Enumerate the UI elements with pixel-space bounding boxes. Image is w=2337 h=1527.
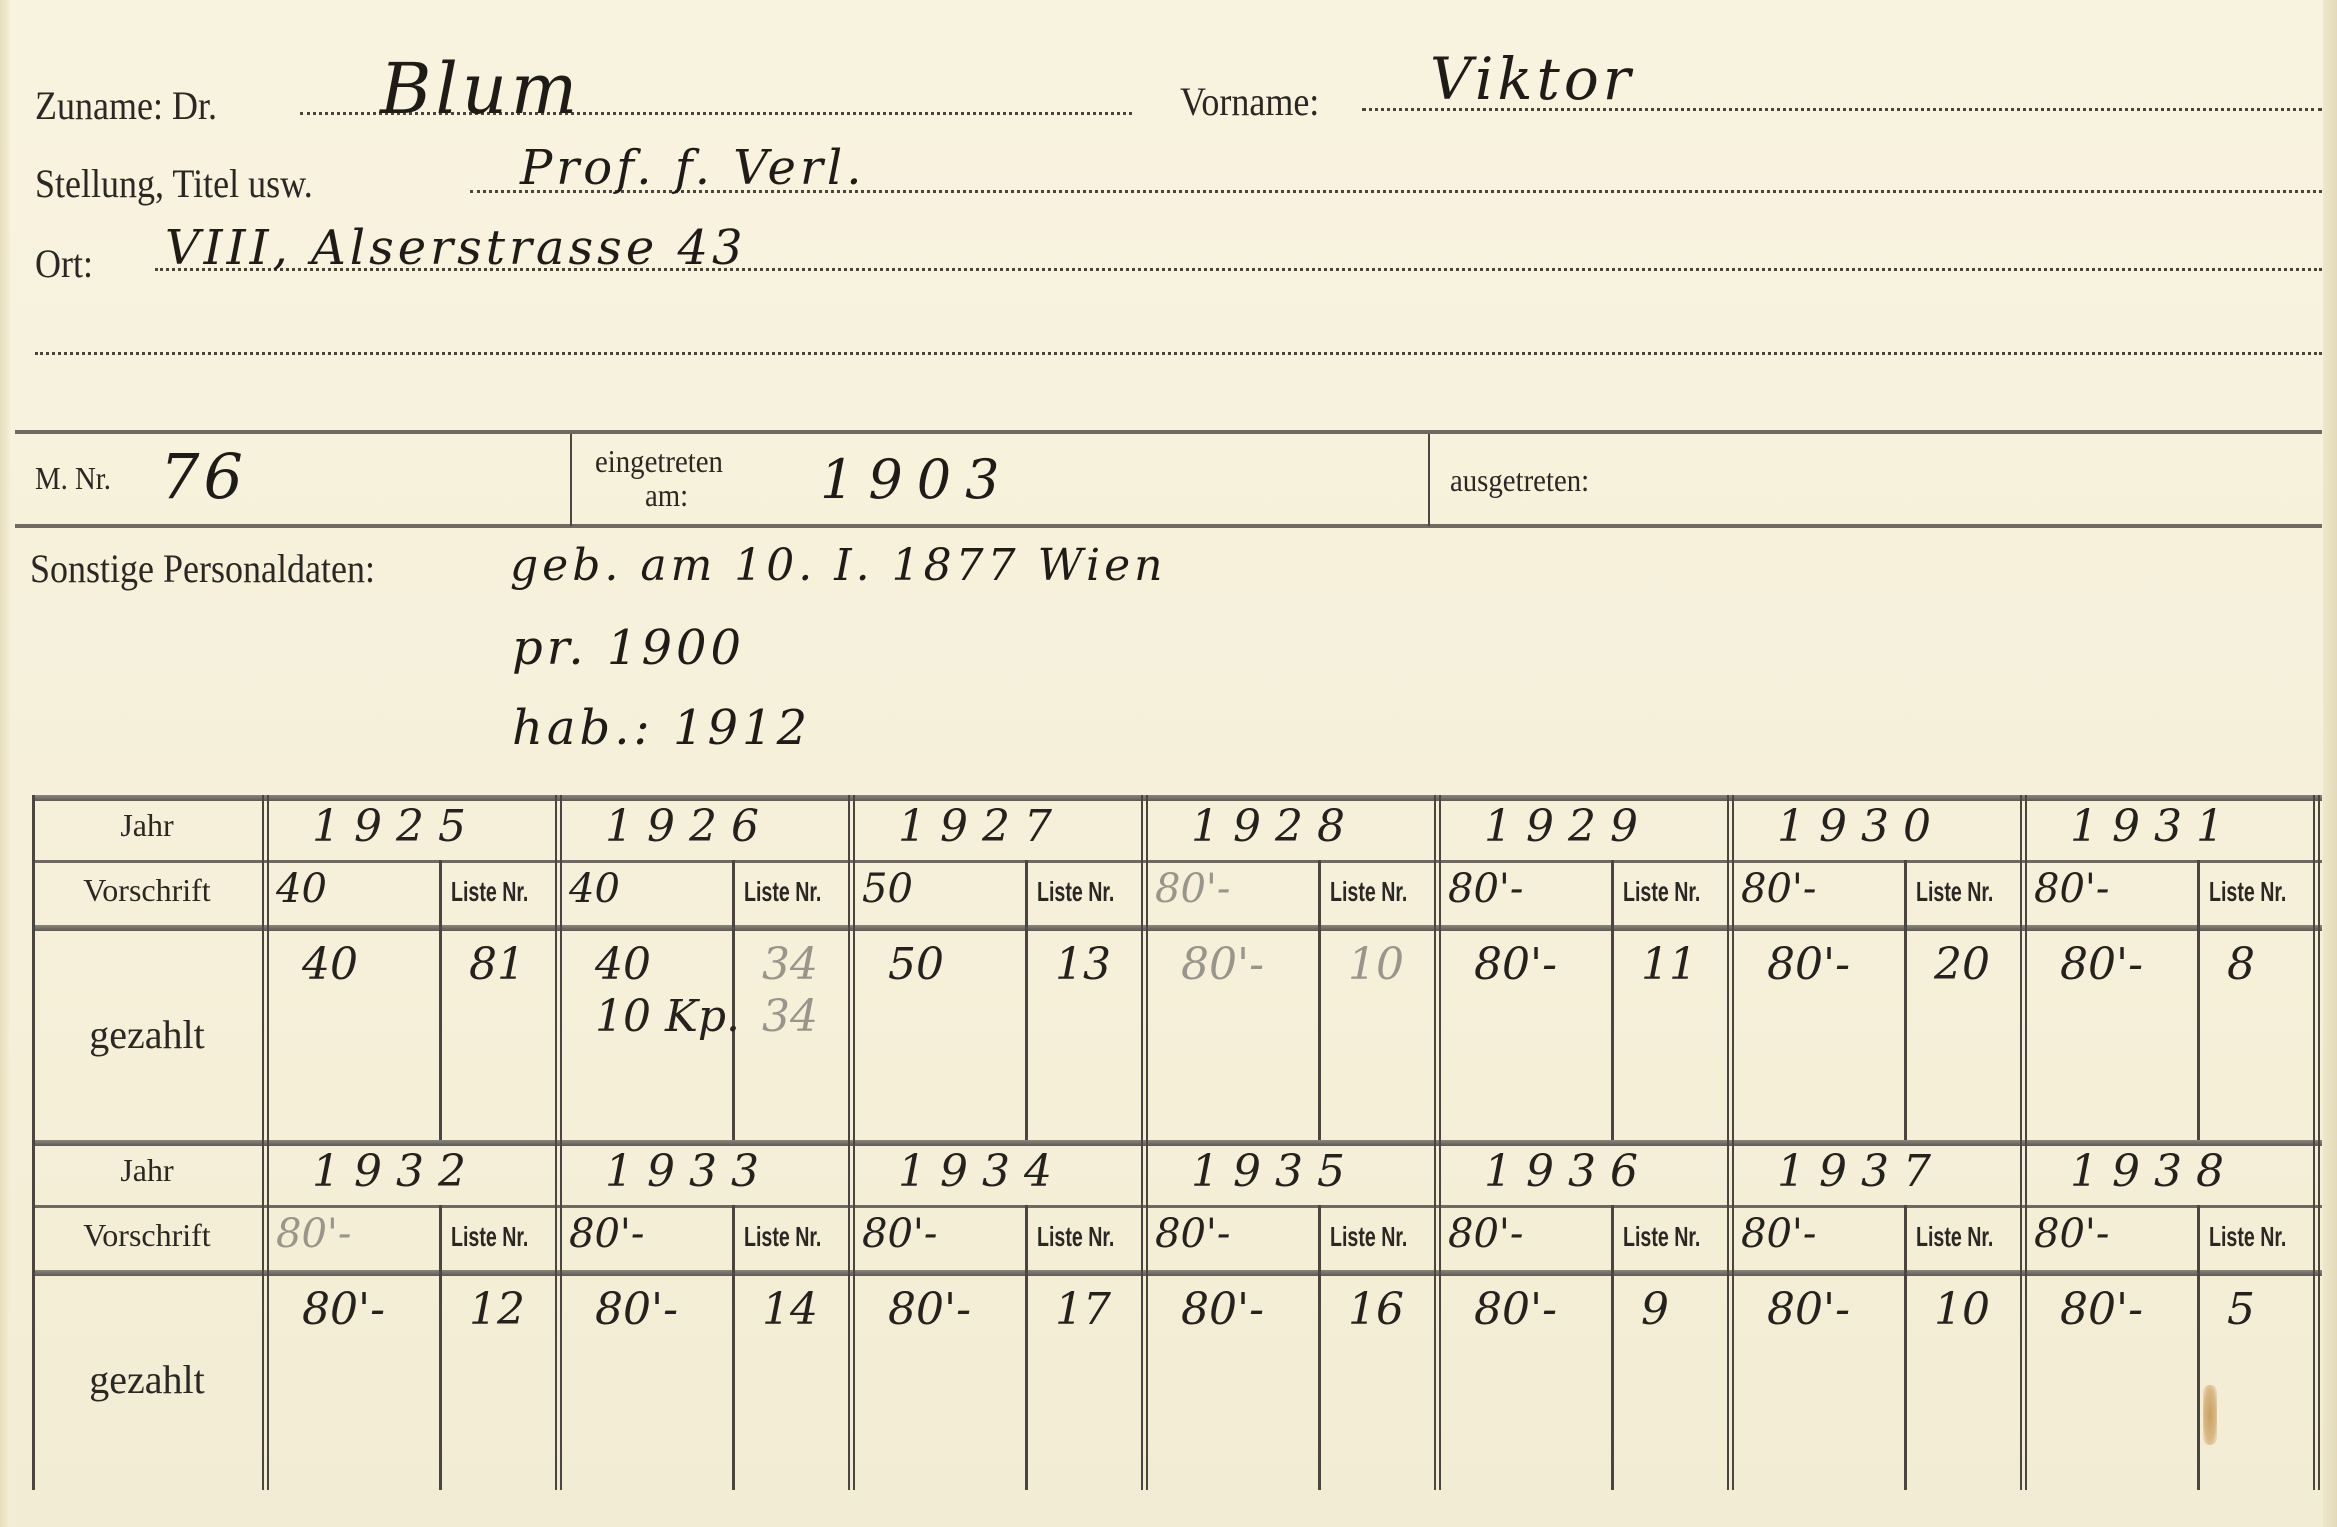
list-no-value: 16 — [1348, 1284, 1404, 1336]
list-no-label: Liste Nr. — [1623, 876, 1700, 908]
year-value: 1932 — [312, 1146, 480, 1197]
firstname-value: Viktor — [1430, 45, 1635, 113]
year-value: 1926 — [605, 801, 773, 852]
year-divider — [1727, 1140, 1734, 1490]
list-no-value: 9 — [1641, 1284, 1669, 1336]
required-amount: 80'- — [1741, 1211, 1816, 1257]
joined-label-am: am: — [645, 477, 688, 514]
required-amount: 80'- — [1155, 1211, 1230, 1257]
sub-divider — [1611, 1205, 1614, 1490]
paid-amount: 80'- — [1474, 1284, 1557, 1336]
list-no-label: Liste Nr. — [2209, 876, 2286, 908]
list-no-value: 5 — [2227, 1284, 2255, 1336]
paid-amount: 80'- — [1181, 939, 1264, 991]
table-rule — [32, 1270, 2322, 1276]
list-no-value: 13 — [1055, 939, 1111, 991]
year-divider — [2313, 795, 2320, 1145]
paid-amount: 80'- — [888, 1284, 971, 1336]
year-divider — [2020, 795, 2027, 1145]
year-value: 1935 — [1191, 1146, 1359, 1197]
paid-amount: 80'- — [302, 1284, 385, 1336]
rule — [15, 430, 2322, 434]
year-divider — [848, 1140, 855, 1490]
table-rule — [32, 1205, 2322, 1208]
sub-divider — [1904, 860, 1907, 1145]
list-no-value: 34 34 — [762, 939, 818, 1043]
surname-label: Zuname: Dr. — [35, 82, 217, 129]
year-divider — [1434, 1140, 1441, 1490]
year-value: 1937 — [1777, 1146, 1945, 1197]
year-divider — [2313, 1140, 2320, 1490]
sub-divider — [732, 1205, 735, 1490]
sub-divider — [1318, 1205, 1321, 1490]
row-label-year: Jahr — [32, 807, 262, 844]
place-value: VIII, Alserstrasse 43 — [165, 220, 747, 276]
year-divider — [1434, 795, 1441, 1145]
list-no-label: Liste Nr. — [1037, 876, 1114, 908]
required-amount: 80'- — [862, 1211, 937, 1257]
year-value: 1938 — [2070, 1146, 2238, 1197]
index-card: Zuname: Dr. Blum Vorname: Viktor Stellun… — [0, 0, 2337, 1527]
list-no-value: 10 — [1348, 939, 1404, 991]
list-no-label: Liste Nr. — [1330, 876, 1407, 908]
sub-divider — [439, 1205, 442, 1490]
table-border — [32, 1140, 35, 1490]
position-value: Prof. f. Verl. — [520, 140, 866, 196]
list-no-label: Liste Nr. — [1037, 1221, 1114, 1253]
paid-amount: 80'- — [595, 1284, 678, 1336]
stain — [2203, 1385, 2217, 1445]
member-no-label: M. Nr. — [35, 460, 111, 497]
card-edge — [0, 0, 10, 1527]
list-no-label: Liste Nr. — [1916, 1221, 1993, 1253]
year-value: 1930 — [1777, 801, 1945, 852]
sub-divider — [439, 860, 442, 1145]
year-value: 1928 — [1191, 801, 1359, 852]
list-no-value: 10 — [1934, 1284, 1990, 1336]
table-border — [32, 795, 35, 1145]
sub-divider — [2197, 1205, 2200, 1490]
paid-amount: 40 — [302, 939, 358, 991]
left-label: ausgetreten: — [1450, 462, 1589, 499]
table-rule — [32, 925, 2322, 931]
position-label: Stellung, Titel usw. — [35, 160, 313, 207]
list-no-value: 12 — [469, 1284, 525, 1336]
member-no-value: 76 — [160, 440, 247, 513]
paid-amount: 80'- — [1181, 1284, 1264, 1336]
sub-divider — [1025, 1205, 1028, 1490]
required-amount: 80'- — [1741, 866, 1816, 912]
list-no-value: 8 — [2227, 939, 2255, 991]
row-label-required: Vorschrift — [32, 872, 262, 909]
paid-amount: 80'- — [2060, 939, 2143, 991]
year-divider — [555, 1140, 562, 1490]
year-value: 1931 — [2070, 801, 2238, 852]
paid-amount: 80'- — [1767, 1284, 1850, 1336]
row-label-paid: gezahlt — [32, 1011, 262, 1058]
year-divider — [1727, 795, 1734, 1145]
dues-table-1932-1938: JahrVorschriftgezahlt193280'-Liste Nr.80… — [32, 1140, 2322, 1495]
dues-table-1925-1931: JahrVorschriftgezahlt192540Liste Nr.4081… — [32, 795, 2322, 1145]
list-no-label: Liste Nr. — [744, 1221, 821, 1253]
row-label-paid: gezahlt — [32, 1356, 262, 1403]
personal-data-line: hab.: 1912 — [512, 700, 811, 756]
sub-divider — [1904, 1205, 1907, 1490]
list-no-label: Liste Nr. — [451, 876, 528, 908]
surname-value: Blum — [380, 48, 581, 130]
required-amount: 80'- — [276, 1211, 351, 1257]
list-no-value: 14 — [762, 1284, 818, 1336]
year-divider — [2020, 1140, 2027, 1490]
paid-amount: 80'- — [1474, 939, 1557, 991]
list-no-value: 81 — [469, 939, 525, 991]
rule — [15, 524, 2322, 528]
paid-amount: 40 10 Kp. — [595, 939, 740, 1043]
year-value: 1929 — [1484, 801, 1652, 852]
required-amount: 80'- — [1155, 866, 1230, 912]
table-rule — [32, 860, 2322, 863]
year-value: 1936 — [1484, 1146, 1652, 1197]
list-no-label: Liste Nr. — [1916, 876, 1993, 908]
list-no-value: 11 — [1641, 939, 1697, 991]
required-amount: 80'- — [2034, 1211, 2109, 1257]
list-no-label: Liste Nr. — [451, 1221, 528, 1253]
row-label-required: Vorschrift — [32, 1217, 262, 1254]
list-no-value: 17 — [1055, 1284, 1111, 1336]
paid-amount: 80'- — [1767, 939, 1850, 991]
year-divider — [262, 795, 269, 1145]
blank-line — [35, 352, 2322, 355]
personal-data-line: pr. 1900 — [512, 620, 745, 676]
divider — [570, 434, 572, 526]
year-value: 1934 — [898, 1146, 1066, 1197]
place-label: Ort: — [35, 240, 93, 287]
year-value: 1925 — [312, 801, 480, 852]
year-divider — [1141, 795, 1148, 1145]
list-no-label: Liste Nr. — [744, 876, 821, 908]
joined-label: eingetreten — [595, 443, 723, 480]
required-amount: 80'- — [2034, 866, 2109, 912]
sub-divider — [1318, 860, 1321, 1145]
sub-divider — [1611, 860, 1614, 1145]
list-no-value: 20 — [1934, 939, 1990, 991]
year-value: 1933 — [605, 1146, 773, 1197]
card-edge — [2323, 0, 2337, 1527]
required-amount: 50 — [862, 866, 913, 912]
year-divider — [262, 1140, 269, 1490]
divider — [1428, 434, 1430, 526]
list-no-label: Liste Nr. — [1623, 1221, 1700, 1253]
list-no-label: Liste Nr. — [2209, 1221, 2286, 1253]
paid-amount: 80'- — [2060, 1284, 2143, 1336]
required-amount: 80'- — [1448, 1211, 1523, 1257]
sub-divider — [2197, 860, 2200, 1145]
year-value: 1927 — [898, 801, 1066, 852]
personal-data-line: geb. am 10. I. 1877 Wien — [510, 540, 1166, 591]
required-amount: 80'- — [1448, 866, 1523, 912]
required-amount: 40 — [276, 866, 327, 912]
sub-divider — [1025, 860, 1028, 1145]
required-amount: 40 — [569, 866, 620, 912]
joined-value: 1903 — [820, 448, 1013, 511]
personal-data-label: Sonstige Personaldaten: — [30, 545, 375, 592]
year-divider — [555, 795, 562, 1145]
paid-amount: 50 — [888, 939, 944, 991]
list-no-label: Liste Nr. — [1330, 1221, 1407, 1253]
row-label-year: Jahr — [32, 1152, 262, 1189]
firstname-label: Vorname: — [1180, 78, 1319, 125]
year-divider — [848, 795, 855, 1145]
year-divider — [1141, 1140, 1148, 1490]
required-amount: 80'- — [569, 1211, 644, 1257]
